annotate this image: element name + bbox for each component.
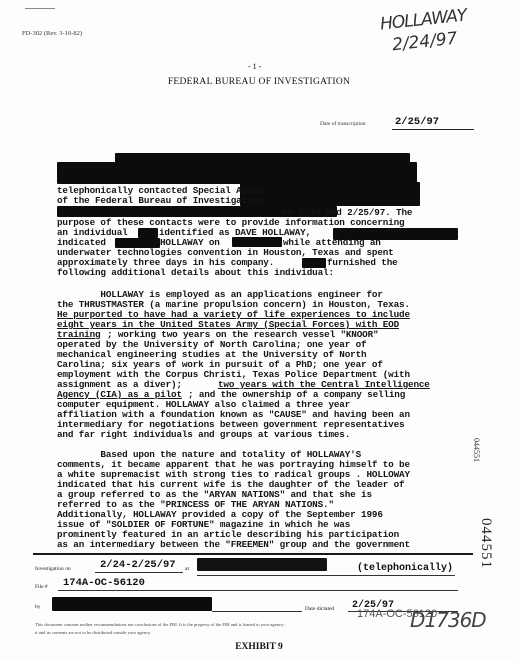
investigation-dates: 2/24-2/25/97	[100, 559, 176, 571]
file-label: File #	[35, 584, 48, 590]
form-id: FD-302 (Rev. 3-10-82)	[22, 30, 82, 37]
redaction-block	[197, 558, 327, 571]
body-line: furnished the	[327, 258, 398, 268]
at-label: at	[185, 566, 189, 572]
field-line	[212, 611, 302, 612]
redaction-block	[232, 237, 282, 247]
redaction-block	[57, 162, 417, 184]
exhibit-label: EXHIBIT 9	[0, 642, 518, 652]
date-dictated-label: Date dictated	[305, 606, 334, 612]
scan-mark	[25, 8, 55, 9]
handwritten-serial: D1736D	[410, 608, 486, 632]
field-line	[197, 575, 455, 576]
field-line	[58, 590, 458, 591]
investigation-label: Investigation on	[35, 566, 71, 572]
body-line: following additional details about this …	[57, 268, 334, 278]
field-line	[95, 572, 183, 573]
handwritten-date: 2/24/97	[391, 29, 458, 56]
body-line: and far right individuals and groups at …	[57, 430, 350, 440]
location-suffix: (telephonically)	[357, 563, 453, 574]
date-of-transcription: 2/25/97	[395, 116, 439, 128]
disclaimer-line-1: This document contains neither recommend…	[35, 622, 285, 627]
date-of-transcription-label: Date of transcription	[320, 121, 366, 127]
body-line: as an intermediary between the "FREEMEN"…	[57, 540, 410, 550]
agency-title: FEDERAL BUREAU OF INVESTIGATION	[0, 77, 518, 87]
file-number: 174A-OC-56120	[63, 577, 145, 589]
redaction-block	[52, 597, 212, 611]
body-line: of the Federal Bureau of Investigation	[57, 196, 263, 206]
disclaimer-line-2: it and its contents are not to be distri…	[35, 630, 151, 635]
by-label: by	[35, 604, 41, 610]
page-number: - 1 -	[248, 62, 261, 71]
redaction-block	[240, 182, 420, 206]
transcription-date-line	[392, 129, 474, 130]
redaction-block	[138, 228, 158, 238]
bates-stamp-large: 044551	[477, 518, 494, 569]
bates-stamp-small: 044551	[472, 438, 481, 462]
footer-rule	[33, 553, 473, 555]
